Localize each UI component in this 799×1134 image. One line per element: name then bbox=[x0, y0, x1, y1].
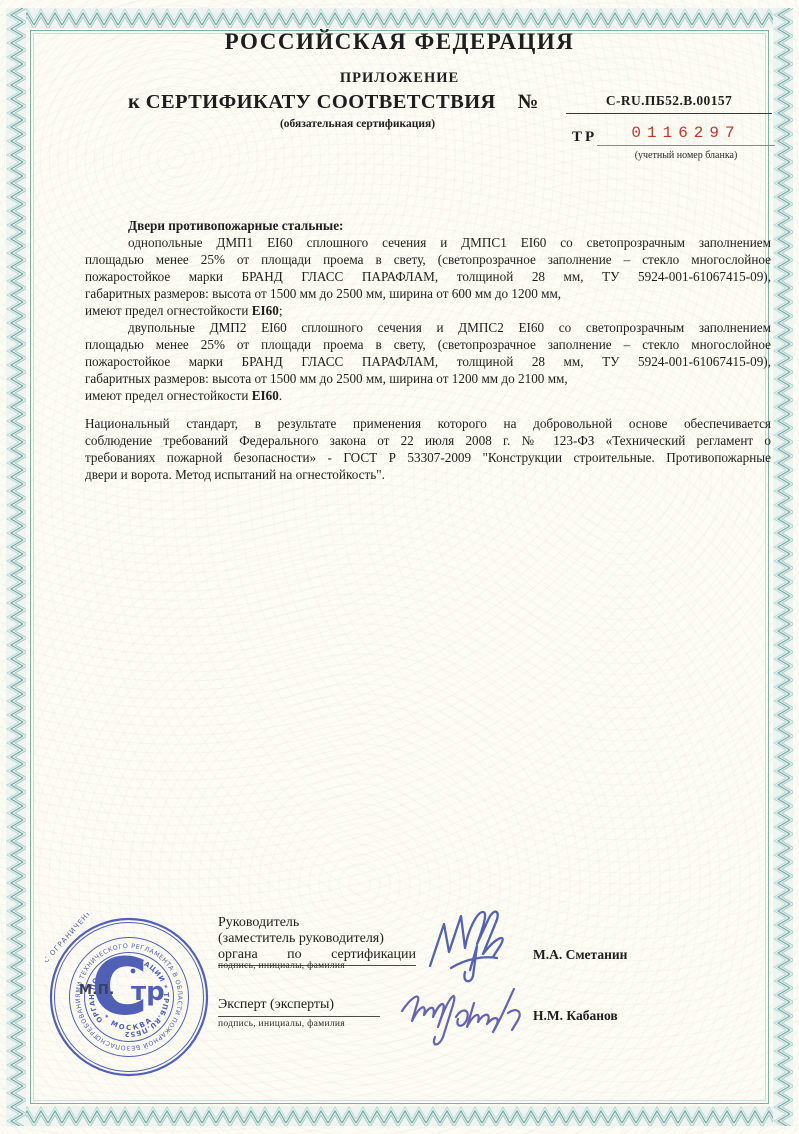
p3-line: двери и ворота. Метод испытаний на огнес… bbox=[85, 466, 771, 483]
border-top bbox=[6, 8, 793, 28]
p1-line: имеют предел огнестойкости EI60; bbox=[85, 302, 771, 319]
expert-role-underlined: Эксперт (эксперты) bbox=[218, 997, 380, 1017]
expert-signature-ink bbox=[390, 975, 550, 1047]
certificate-title: к СЕРТИФИКАТУ СООТВЕТСТВИЯ bbox=[128, 91, 496, 113]
p2-line: площадью менее 25% от площади проема в с… bbox=[85, 336, 771, 353]
body-text: Двери противопожарные стальные: однополь… bbox=[85, 217, 771, 483]
p1-line: пожаростойкое марки БРАНД ГЛАСС ПАРАФЛАМ… bbox=[85, 268, 771, 285]
head-role-block: Руководитель (заместитель руководителя) … bbox=[218, 915, 416, 966]
head-signature-caption: подпись, инициалы, фамилия bbox=[218, 961, 345, 971]
head-role-line: Руководитель bbox=[218, 915, 416, 931]
head-signature-ink bbox=[415, 900, 535, 985]
p1-fire-rating-punct: ; bbox=[279, 303, 283, 318]
blank-number: 0116297 bbox=[597, 124, 775, 146]
attachment-title: ПРИЛОЖЕНИЕ bbox=[0, 70, 799, 87]
p2-line: габаритных размеров: высота от 1500 мм д… bbox=[85, 370, 771, 387]
p1-fire-rating-text: имеют предел огнестойкости bbox=[85, 303, 252, 318]
mandatory-certification-note: (обязательная сертификация) bbox=[175, 118, 540, 130]
p1-line: габаритных размеров: высота от 1500 мм д… bbox=[85, 285, 771, 302]
p3-line: Национальный стандарт, в результате прим… bbox=[85, 415, 771, 432]
border-bottom bbox=[6, 1106, 793, 1126]
stamp-mp-label: М.П. bbox=[79, 983, 115, 998]
p2-fire-rating-punct: . bbox=[279, 388, 282, 403]
stamp-logo-dot bbox=[131, 969, 136, 974]
p2-line: пожаростойкое марки БРАНД ГЛАСС ПАРАФЛАМ… bbox=[85, 353, 771, 370]
p2-fire-rating-text: имеют предел огнестойкости bbox=[85, 388, 252, 403]
blank-number-caption: (учетный номер бланка) bbox=[597, 150, 775, 161]
p2-line: имеют предел огнестойкости EI60. bbox=[85, 387, 771, 404]
p3-line: соблюдение требований Федерального закон… bbox=[85, 432, 771, 449]
border-right bbox=[773, 8, 793, 1126]
number-sign: № bbox=[518, 91, 539, 113]
certificate-title-row: к СЕРТИФИКАТУ СООТВЕТСТВИЯ№ bbox=[128, 91, 539, 114]
p1-line: площадью менее 25% от площади проема в с… bbox=[85, 251, 771, 268]
border-left bbox=[6, 8, 26, 1126]
stamp-logo-tr: тр bbox=[131, 977, 165, 1007]
p2-line: двупольные ДМП2 EI60 сплошного сечения и… bbox=[85, 319, 771, 336]
doors-heading: Двери противопожарные стальные: bbox=[85, 217, 771, 234]
certificate-page: РОССИЙСКАЯ ФЕДЕРАЦИЯ ПРИЛОЖЕНИЕ к СЕРТИФ… bbox=[0, 0, 799, 1134]
expert-name: Н.М. Кабанов bbox=[533, 1008, 618, 1024]
head-name: М.А. Сметанин bbox=[533, 947, 627, 963]
p3-line: требованиях пожарной безопасности» - ГОС… bbox=[85, 449, 771, 466]
p1-line: однопольные ДМП1 EI60 сплошного сечения … bbox=[85, 234, 771, 251]
expert-signature-caption: подпись, инициалы, фамилия bbox=[218, 1019, 345, 1029]
tr-label: ТР bbox=[572, 129, 597, 146]
head-role-line: (заместитель руководителя) bbox=[218, 931, 416, 947]
certification-stamp: ОБЩЕСТВО С ОГРАНИЧЕННОЙ ОТВЕТСТВЕННОСТЬЮ… bbox=[45, 913, 213, 1081]
country-title: РОССИЙСКАЯ ФЕДЕРАЦИЯ bbox=[0, 29, 799, 55]
p2-fire-rating-value: EI60 bbox=[252, 388, 279, 403]
certificate-number: C-RU.ПБ52.В.00157 bbox=[566, 93, 772, 114]
p1-fire-rating-value: EI60 bbox=[252, 303, 279, 318]
